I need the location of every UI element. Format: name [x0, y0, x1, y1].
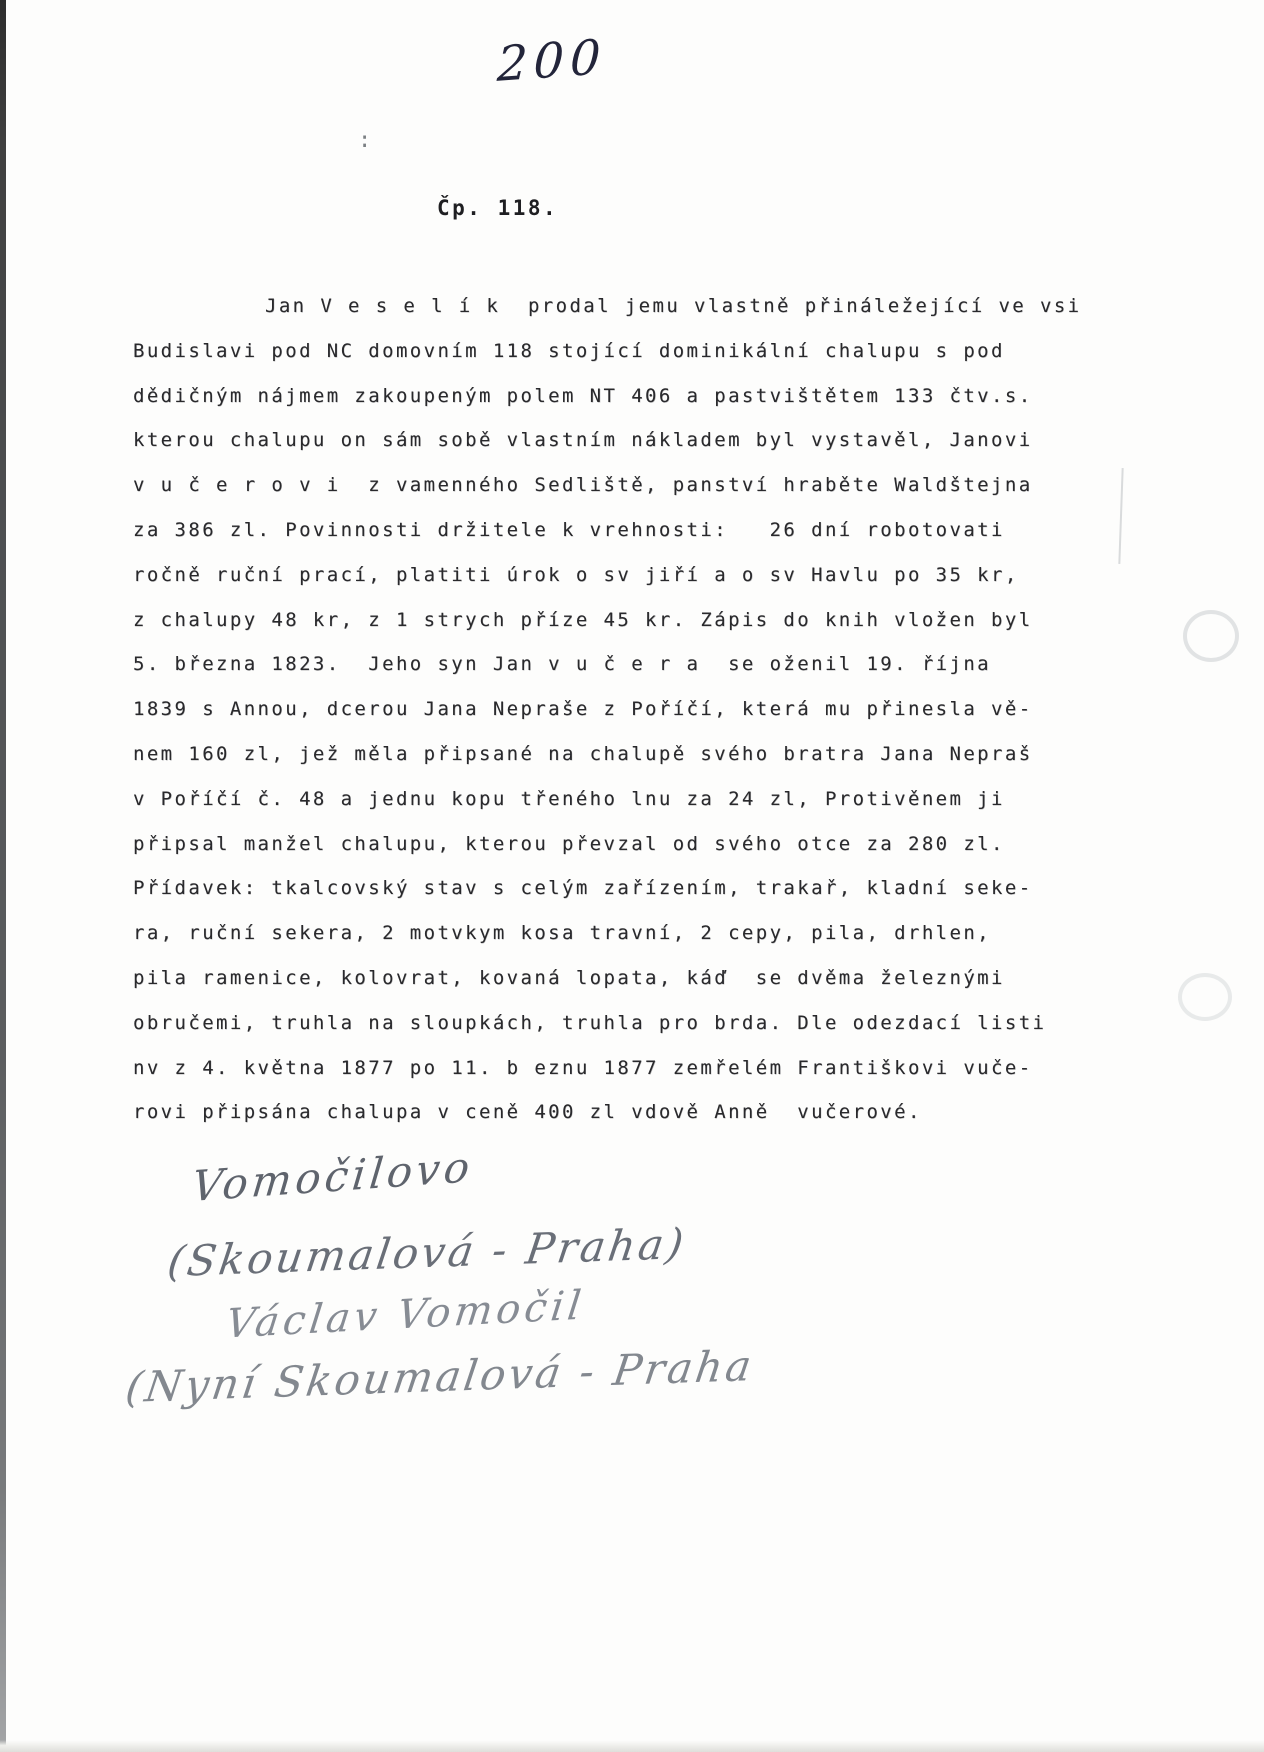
typed-line: za 386 zl. Povinnosti držitele k vrehnos… — [133, 508, 1093, 553]
typed-line: připsal manžel chalupu, kterou převzal o… — [133, 822, 1093, 867]
handwritten-note-owner-city: (Skoumalová - Praha) — [165, 1219, 690, 1286]
typed-line: pila ramenice, kolovrat, kovaná lopata, … — [133, 956, 1093, 1001]
typed-paragraph: Jan V e s e l í k prodal jemu vlastně př… — [133, 284, 1093, 1135]
typed-line: Budislavi pod NC domovním 118 stojící do… — [133, 329, 1093, 374]
document-title: Čp. 118. — [437, 196, 558, 220]
typed-line: rovi připsána chalupa v ceně 400 zl vdov… — [133, 1090, 1093, 1135]
typed-line: v u č e r o v i z vamenného Sedliště, pa… — [133, 463, 1093, 508]
scan-edge-artifact-left — [0, 0, 6, 1752]
typed-line: 5. března 1823. Jeho syn Jan v u č e r a… — [133, 642, 1093, 687]
handwritten-note-person: Václav Vomočil — [223, 1282, 587, 1347]
typed-line: ra, ruční sekera, 2 motvkym kosa travní,… — [133, 911, 1093, 956]
typed-line: nem 160 zl, jež měla připsané na chalupě… — [133, 732, 1093, 777]
handwritten-note-owner-name: Vomočilovo — [190, 1142, 476, 1211]
typed-line: 1839 s Annou, dcerou Jana Nepraše z Poří… — [133, 687, 1093, 732]
typed-line: obručemi, truhla na sloupkách, truhla pr… — [133, 1001, 1093, 1046]
handwritten-page-number: 200 — [496, 29, 607, 93]
typed-line: z chalupy 48 kr, z 1 strych příze 45 kr.… — [133, 598, 1093, 643]
typed-line: dědičným nájmem zakoupeným polem NT 406 … — [133, 374, 1093, 419]
typed-line: Jan V e s e l í k prodal jemu vlastně př… — [133, 284, 1093, 329]
typed-line: nv z 4. května 1877 po 11. b eznu 1877 z… — [133, 1046, 1093, 1091]
typed-line: Přídavek: tkalcovský stav s celým zaříze… — [133, 866, 1093, 911]
scanned-page: 200 : Čp. 118. Jan V e s e l í k prodal … — [0, 0, 1264, 1752]
stray-ink-mark: : — [358, 128, 371, 153]
scan-scratch-artifact — [1118, 468, 1123, 564]
typed-line: ročně ruční prací, platiti úrok o sv jiř… — [133, 553, 1093, 598]
typed-line: v Poříčí č. 48 a jednu kopu třeného lnu … — [133, 777, 1093, 822]
typed-line: kterou chalupu on sám sobě vlastním nákl… — [133, 418, 1093, 463]
scan-edge-artifact-bottom — [0, 1740, 1264, 1752]
scan-hole-shadow — [1183, 610, 1239, 662]
handwritten-note-current-owner: (Nyní Skoumalová - Praha — [123, 1341, 758, 1412]
scan-hole-shadow — [1178, 973, 1232, 1021]
